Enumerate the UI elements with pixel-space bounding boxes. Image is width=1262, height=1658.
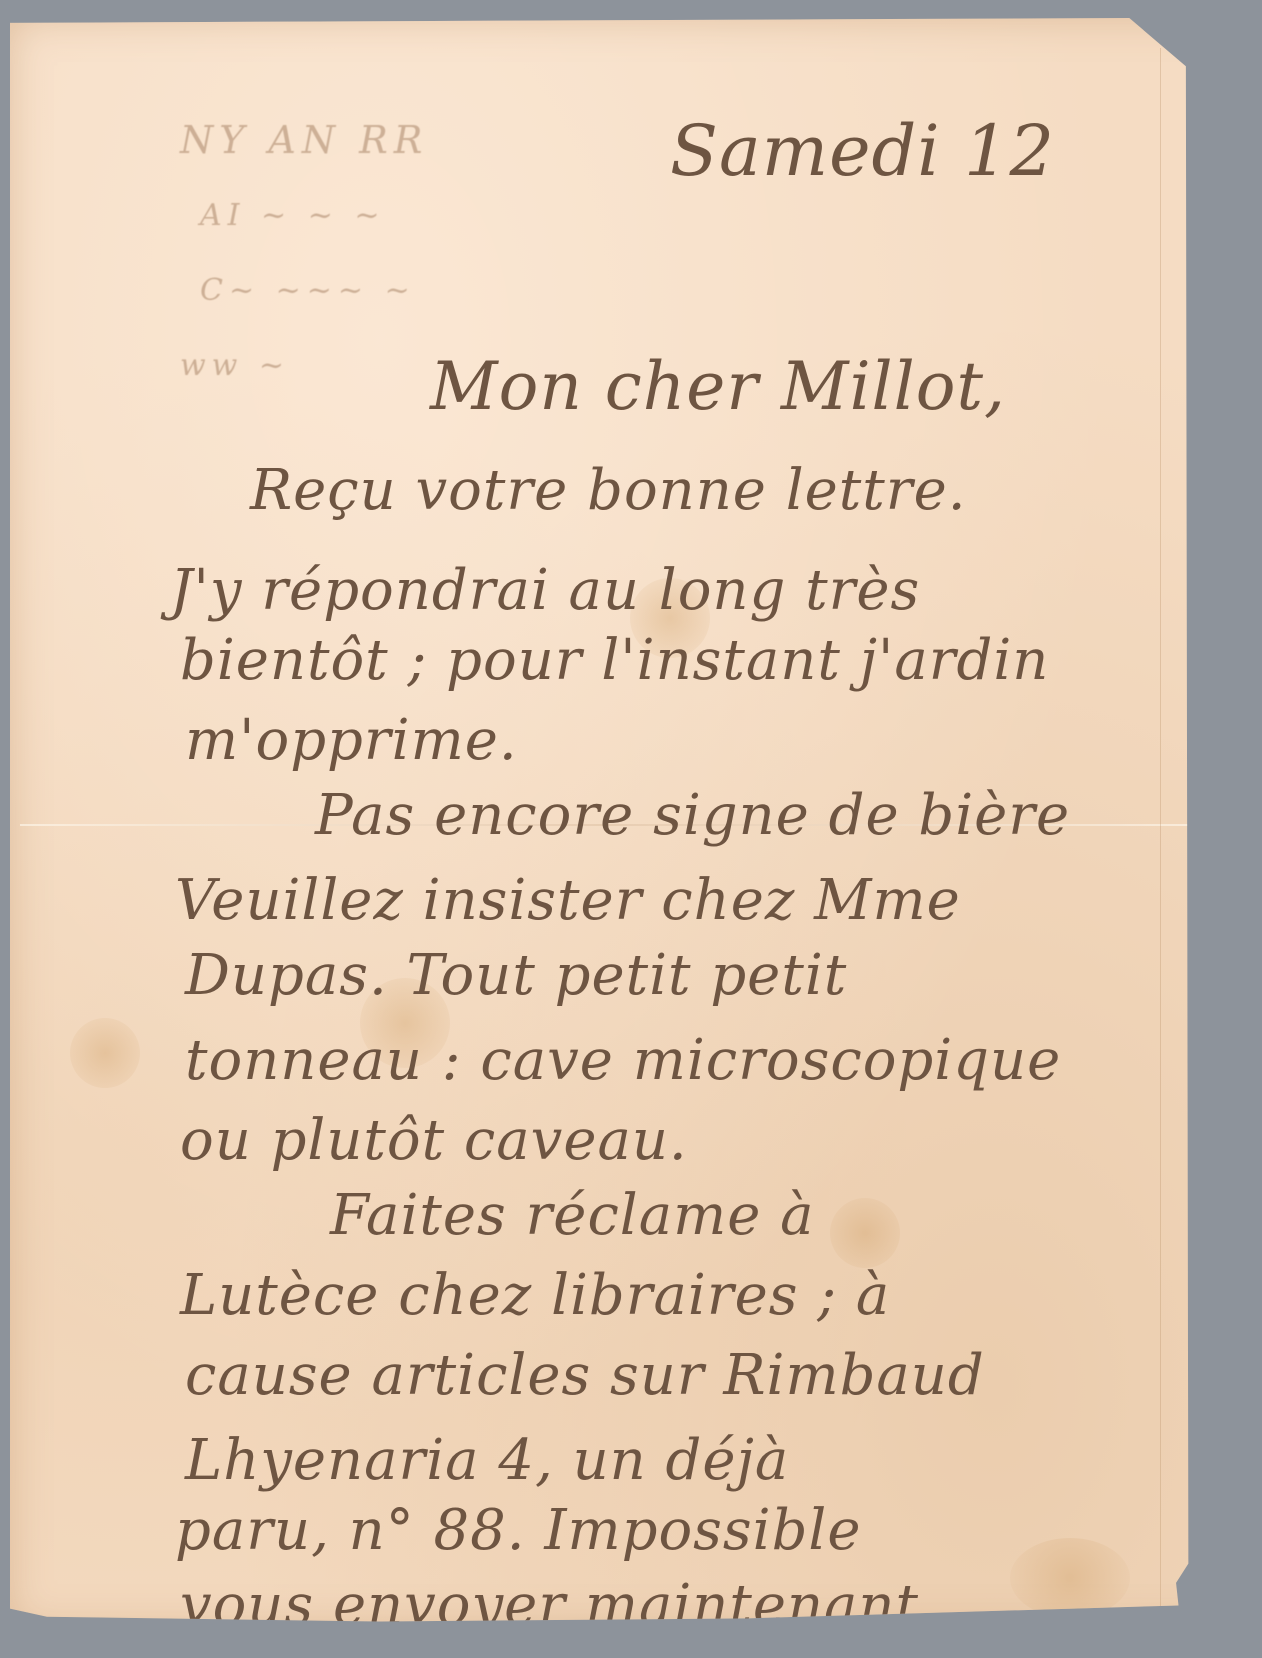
letter-line: Reçu votre bonne lettre. (250, 458, 967, 523)
letter-line: J'y répondrai au long très (170, 558, 920, 623)
foxing-spot (830, 1198, 900, 1268)
stain-row: NY AN RR (180, 118, 428, 162)
letter-line: m'opprime. (185, 708, 518, 773)
salutation: Mon cher Millot, (430, 348, 1006, 425)
letter-line: bientôt ; pour l'instant j'ardin (180, 628, 1049, 693)
letter-line: Lutèce chez libraires ; à (180, 1263, 890, 1328)
letter-line: Lhyenaria 4, un déjà (185, 1428, 789, 1493)
letter-line: Veuillez insister chez Mme (175, 868, 961, 933)
letter-sheet: NY AN RR AI ~ ~ ~ C~ ~~~ ~ ww ~ Samedi 1… (10, 18, 1240, 1628)
margin-crease (1160, 48, 1161, 1608)
letter-line: cause articles sur Rimbaud (185, 1343, 985, 1408)
letter-line: paru, n° 88. Impossible (175, 1498, 861, 1563)
letter-line: Pas encore signe de bière (315, 783, 1070, 848)
letter-line: ou plutôt caveau. (180, 1108, 688, 1173)
stain-row: AI ~ ~ ~ (200, 198, 386, 233)
letter-line: Faites réclame à (330, 1183, 815, 1248)
dateline: Samedi 12 (670, 110, 1055, 192)
stain-row: C~ ~~~ ~ (200, 273, 416, 308)
foxing-spot (70, 1018, 140, 1088)
letter-line: tonneau : cave microscopique (185, 1028, 1061, 1093)
letter-line: Dupas. Tout petit petit (185, 943, 847, 1008)
foxing-spot (1010, 1538, 1130, 1618)
letter-line: vous envoyer maintenant. (180, 1573, 938, 1638)
stain-row: ww ~ (180, 348, 290, 383)
